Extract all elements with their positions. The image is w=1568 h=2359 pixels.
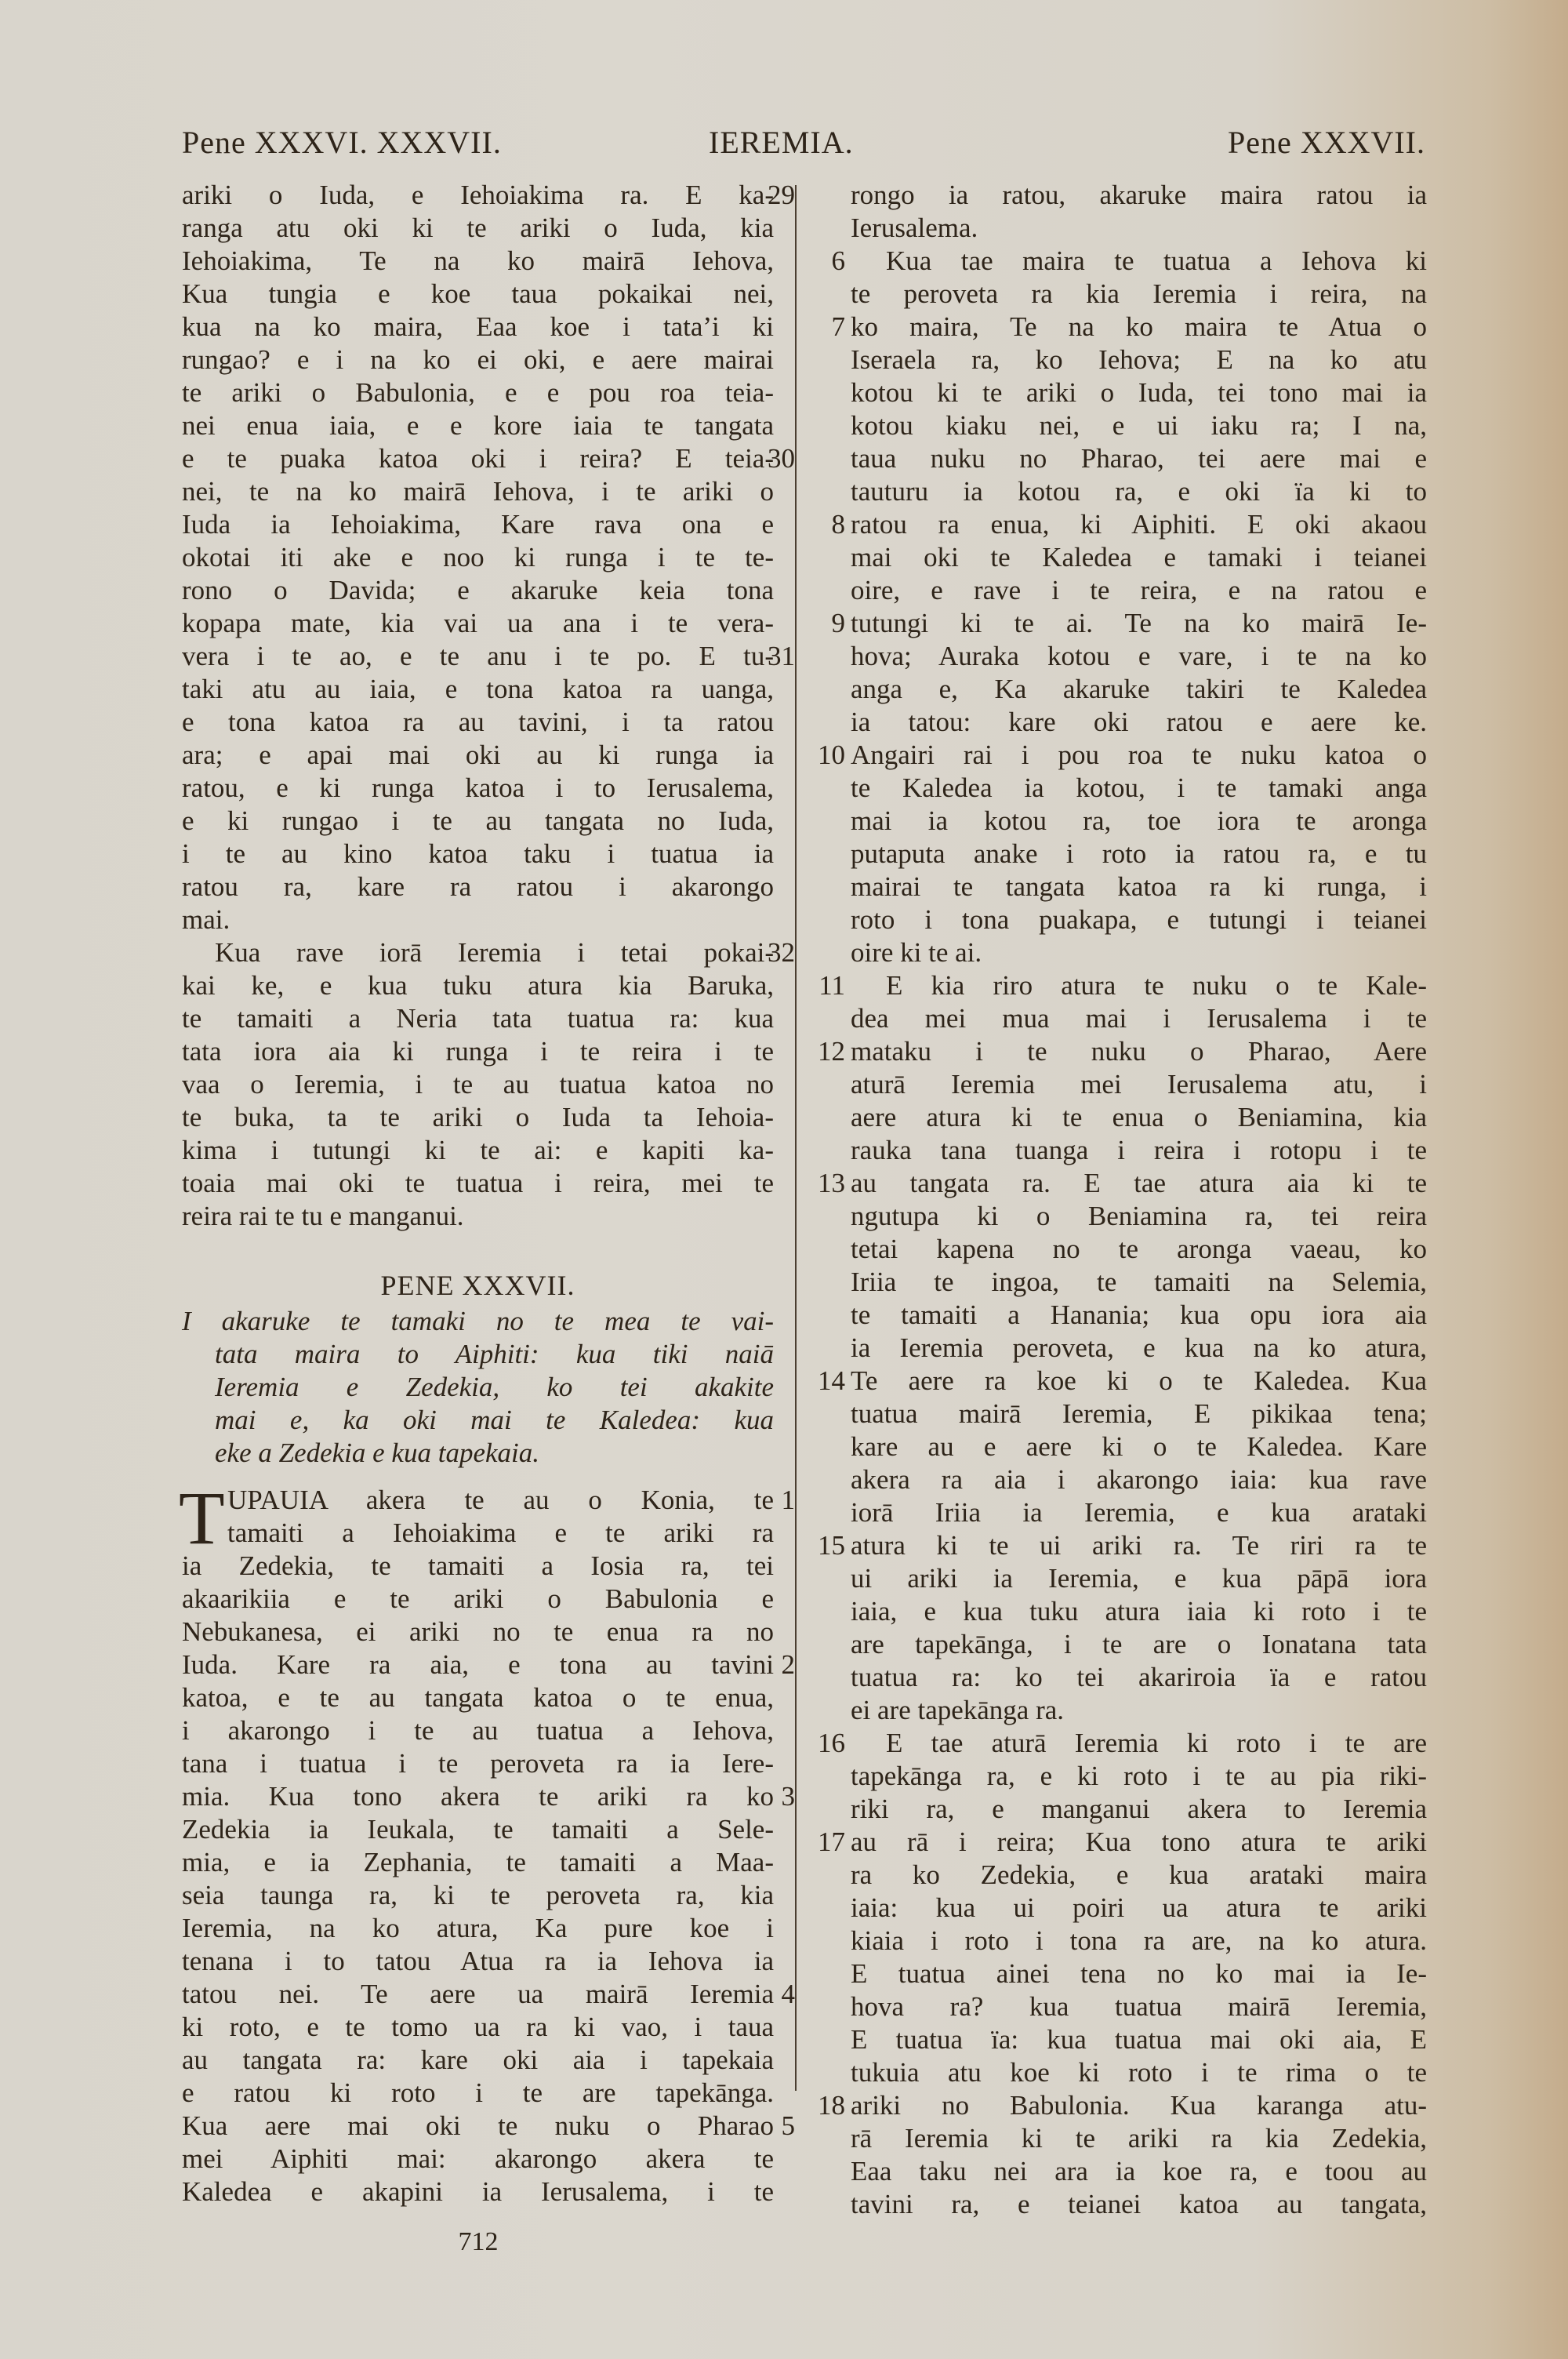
line-text: Eaa taku nei ara ia koe ra, e toou au [851,2155,1427,2188]
text-line: Kaledea e akapini ia Ierusalema, i te [182,2175,774,2208]
text-line: tata iora aia ki runga i te reira i te [182,1035,774,1068]
line-text: dea mei mua mai i Ierusalema i te [851,1002,1427,1035]
column-divider [795,185,797,2091]
line-text: ia Ieremia peroveta, e kua na ko atura, [851,1332,1427,1365]
text-line: kiaia i roto i tona ra are, na ko atura. [808,1925,1427,1957]
line-text: tuatua mairā Ieremia, E pikikaa tena; [851,1398,1427,1430]
left-column: ariki o Iuda, e Iehoiakima ra. E ka-29ra… [182,179,774,2208]
line-text: kotou ki te ariki o Iuda, tei tono mai i… [851,376,1427,409]
line-text: Iehoiakima, Te na ko mairā Iehova, [182,245,774,278]
line-text: kua na ko maira, Eaa koe i tata’i ki [182,311,774,343]
text-line: iorā Iriia ia Ieremia, e kua arataki [808,1496,1427,1529]
line-text: seia taunga ra, ki te peroveta ra, kia [182,1879,774,1912]
line-text: Kua rave iorā Ieremia i tetai pokai- [182,936,774,969]
text-line: oire, e rave i te reira, e na ratou e [808,574,1427,607]
book-title: IEREMIA. [709,124,854,161]
verse-number: 13 [808,1167,845,1200]
line-text: vaa o Ieremia, i te au tuatua katoa no [182,1068,774,1101]
line-text: Te aere ra koe ki o te Kaledea. Kua [851,1365,1427,1398]
line-text: rauka tana tuanga i reira i rotopu i te [851,1134,1427,1167]
summary-line: Ieremia e Zedekia, ko tei akakite [182,1371,774,1404]
summary-text: mai e, ka oki mai te Kaledea: kua [182,1404,774,1437]
running-head-right: Pene XXXVII. [1228,124,1425,161]
text-line: ki roto, e te tomo ua ra ki vao, i taua [182,2011,774,2044]
pene-label: Pene [1228,125,1292,160]
line-text: rungao? e i na ko ei oki, e aere mairai [182,343,774,376]
line-text: Zedekia ia Ieukala, te tamaiti a Sele- [182,1813,774,1846]
line-text: ariki o Iuda, e Iehoiakima ra. E ka- [182,179,774,212]
text-line: kopapa mate, kia vai ua ana i te vera- [182,607,774,640]
line-text: au tangata ra: kare oki aia i tapekaia [182,2044,774,2077]
text-line: Iuda. Kare ra aia, e tona au tavini2 [182,1648,774,1681]
summary-line: eke a Zedekia e kua tapekaia. [182,1437,774,1470]
line-text: ko maira, Te na ko maira te Atua o [851,311,1427,343]
text-line: i akarongo i te au tuatua a Iehova, [182,1714,774,1747]
line-text: tukuia atu koe ki roto i te rima o te [851,2056,1427,2089]
line-text: mai oki te Kaledea e tamaki i teianei [851,541,1427,574]
line-text: E kia riro atura te nuku o te Kale- [886,969,1427,1002]
line-text: tana i tuatua i te peroveta ra ia Iere- [182,1747,774,1780]
line-text: taua nuku no Pharao, tei aere mai e [851,442,1427,475]
text-line: are tapekānga, i te are o Ionatana tata [808,1628,1427,1661]
line-text: ara; e apai mai oki au ki runga ia [182,739,774,772]
text-line: E tuatua ïa: kua tuatua mai oki aia, E [808,2023,1427,2056]
line-text: nei enua iaia, e e kore iaia te tangata [182,409,774,442]
text-line: Iseraela ra, ko Iehova; E na ko atu [808,343,1427,376]
line-text: ratou, e ki runga katoa i to Ierusalema, [182,772,774,805]
right-column-text: rongo ia ratou, akaruke maira ratou iaIe… [808,179,1427,2221]
line-text: riki ra, e manganui akera to Ieremia [851,1793,1427,1826]
verse-number: 17 [808,1826,845,1859]
line-text: katoa, e te au tangata katoa o te enua, [182,1681,774,1714]
text-line: nei, te na ko mairā Iehova, i te ariki o [182,475,774,508]
line-text: oire, e rave i te reira, e na ratou e [851,574,1427,607]
summary-text: Ieremia e Zedekia, ko tei akakite [182,1371,774,1404]
line-text: roto i tona puakapa, e tutungi i teianei [851,903,1427,936]
chapter-number: XXXVII. [1301,125,1425,160]
verse-number: 14 [808,1365,845,1398]
summary-text: eke a Zedekia e kua tapekaia. [182,1437,774,1470]
line-text: mataku i te nuku o Pharao, Aere [851,1035,1427,1068]
text-line: tana i tuatua i te peroveta ra ia Iere- [182,1747,774,1780]
text-line: ngutupa ki o Beniamina ra, tei reira [808,1200,1427,1233]
summary-line: tata maira to Aiphiti: kua tiki naiā [182,1338,774,1371]
text-line: nei enua iaia, e e kore iaia te tangata [182,409,774,442]
text-line: hova ra? kua tuatua mairā Ieremia, [808,1990,1427,2023]
verse-number: 2 [748,1648,795,1681]
line-text: reira rai te tu e manganui. [182,1200,774,1233]
text-line: taki atu au iaia, e tona katoa ra uanga, [182,673,774,706]
line-text: E tuatua ïa: kua tuatua mai oki aia, E [851,2023,1427,2056]
text-line: 14Te aere ra koe ki o te Kaledea. Kua [808,1365,1427,1398]
text-line: 8ratou ra enua, ki Aiphiti. E oki akaou [808,508,1427,541]
verse-number: 29 [748,179,795,212]
line-text: te tamaiti a Hanania; kua opu iora aia [851,1299,1427,1332]
text-line: ei are tapekānga ra. [808,1694,1427,1727]
text-line: te buka, ta te ariki o Iuda ta Iehoia- [182,1101,774,1134]
text-line: kotou kiaku nei, e ui iaku ra; I na, [808,409,1427,442]
line-text: ia Zedekia, te tamaiti a Iosia ra, tei [182,1550,774,1583]
line-text: aturā Ieremia mei Ierusalema atu, i [851,1068,1427,1101]
line-text: ratou ra enua, ki Aiphiti. E oki akaou [851,508,1427,541]
line-text: mei Aiphiti mai: akarongo akera te [182,2143,774,2175]
text-line: Kua aere mai oki te nuku o Pharao5 [182,2110,774,2143]
text-line: UPAUIA akera te au o Konia, te1 [182,1484,774,1517]
line-text: tauturu ia kotou ra, e oki ïa ki to [851,475,1427,508]
verse-number: 6 [808,245,845,278]
line-text: kopapa mate, kia vai ua ana i te vera- [182,607,774,640]
text-line: te peroveta ra kia Ieremia i reira, na [808,278,1427,311]
line-text: Iseraela ra, ko Iehova; E na ko atu [851,343,1427,376]
line-text: mia. Kua tono akera te ariki ra ko [182,1780,774,1813]
line-text: tavini ra, e teianei katoa au tangata, [851,2188,1427,2221]
text-line: iaia: kua ui poiri ua atura te ariki [808,1892,1427,1925]
verse-number: 32 [748,936,795,969]
line-text: e tona katoa ra au tavini, i ta ratou [182,706,774,739]
text-line: mia. Kua tono akera te ariki ra ko3 [182,1780,774,1813]
line-text: akaarikiia e te ariki o Babulonia e [182,1583,774,1616]
line-text: ngutupa ki o Beniamina ra, tei reira [851,1200,1427,1233]
text-line: Nebukanesa, ei ariki no te enua ra no [182,1616,774,1648]
running-head-left: Pene XXXVI. XXXVII. [182,124,502,161]
line-text: te tamaiti a Neria tata tuatua ra: kua [182,1002,774,1035]
text-line: mai. [182,903,774,936]
text-line: tapekānga ra, e ki roto i te au pia riki… [808,1760,1427,1793]
text-line: Iehoiakima, Te na ko mairā Iehova, [182,245,774,278]
line-text: i te au kino katoa taku i tuatua ia [182,838,774,871]
line-text: ranga atu oki ki te ariki o Iuda, kia [182,212,774,245]
line-text: iaia: kua ui poiri ua atura te ariki [851,1892,1427,1925]
text-line: te Kaledea ia kotou, i te tamaki anga [808,772,1427,805]
text-line: tauturu ia kotou ra, e oki ïa ki to [808,475,1427,508]
line-text: anga e, Ka akaruke takiri te Kaledea [851,673,1427,706]
line-text: Angairi rai i pou roa te nuku katoa o [851,739,1427,772]
text-line: iaia, e kua tuku atura iaia ki roto i te [808,1595,1427,1628]
line-text: taki atu au iaia, e tona katoa ra uanga, [182,673,774,706]
text-line: ara; e apai mai oki au ki runga ia [182,739,774,772]
text-line: vaa o Ieremia, i te au tuatua katoa no [182,1068,774,1101]
line-text: Kua tae maira te tuatua a Iehova ki [886,245,1427,278]
line-text: tetai kapena no te aronga vaeau, ko [851,1233,1427,1266]
line-text: te ariki o Babulonia, e e pou roa teia- [182,376,774,409]
verse-number: 18 [808,2089,845,2122]
text-line: ranga atu oki ki te ariki o Iuda, kia [182,212,774,245]
chapter-opening: T UPAUIA akera te au o Konia, te1tamaiti… [182,1484,774,2208]
chapter-heading: PENE XXXVII. [182,1250,774,1305]
text-line: riki ra, e manganui akera to Ieremia [808,1793,1427,1826]
line-text: iaia, e kua tuku atura iaia ki roto i te [851,1595,1427,1628]
text-line: 16E tae aturā Ieremia ki roto i te are [808,1727,1427,1760]
line-text: Iriia te ingoa, te tamaiti na Selemia, [851,1266,1427,1299]
text-line: ia tatou: kare oki ratou e aere ke. [808,706,1427,739]
text-line: 15atura ki te ui ariki ra. Te riri ra te [808,1529,1427,1562]
text-line: 12mataku i te nuku o Pharao, Aere [808,1035,1427,1068]
verse-number: 16 [808,1727,845,1760]
text-line: rungao? e i na ko ei oki, e aere mairai [182,343,774,376]
text-line: kima i tutungi ki te ai: e kapiti ka- [182,1134,774,1167]
line-text: E tuatua ainei tena no ko mai ia Ie- [851,1957,1427,1990]
text-line: mei Aiphiti mai: akarongo akera te [182,2143,774,2175]
line-text: are tapekānga, i te are o Ionatana tata [851,1628,1427,1661]
line-text: rā Ieremia ki te ariki ra kia Zedekia, [851,2122,1427,2155]
text-line: tuatua ra: ko tei akariroia ïa e ratou [808,1661,1427,1694]
line-text: Kua tungia e koe taua pokaikai nei, [182,278,774,311]
text-line: ui ariki ia Ieremia, e kua pāpā iora [808,1562,1427,1595]
verse-number: 1 [748,1484,795,1517]
pene-label: Pene [182,125,246,160]
line-text: Nebukanesa, ei ariki no te enua ra no [182,1616,774,1648]
line-text: te peroveta ra kia Ieremia i reira, na [851,278,1427,311]
line-text: tenana i to tatou Atua ra ia Iehova ia [182,1945,774,1978]
text-line: tenana i to tatou Atua ra ia Iehova ia [182,1945,774,1978]
text-line: rongo ia ratou, akaruke maira ratou ia [808,179,1427,212]
right-column: rongo ia ratou, akaruke maira ratou iaIe… [808,179,1427,2221]
line-text: kotou kiaku nei, e ui iaku ra; I na, [851,409,1427,442]
line-text: ratou ra, kare ra ratou i akarongo [182,871,774,903]
text-line: ratou, e ki runga katoa i to Ierusalema, [182,772,774,805]
line-text: putaputa anake i roto ia ratou ra, e tu [851,838,1427,871]
text-line: mairai te tangata katoa ra ki runga, i [808,871,1427,903]
line-text: nei, te na ko mairā Iehova, i te ariki o [182,475,774,508]
line-text: i akarongo i te au tuatua a Iehova, [182,1714,774,1747]
verse-number: 15 [808,1529,845,1562]
text-line: Ieremia, na ko atura, Ka pure koe i [182,1912,774,1945]
verse-number: 30 [748,442,795,475]
line-text: hova ra? kua tuatua mairā Ieremia, [851,1990,1427,2023]
line-text: e ratou ki roto i te are tapekānga. [182,2077,774,2110]
chapter-text: UPAUIA akera te au o Konia, te1tamaiti a… [182,1484,774,2208]
text-line: ariki o Iuda, e Iehoiakima ra. E ka-29 [182,179,774,212]
text-line: tetai kapena no te aronga vaeau, ko [808,1233,1427,1266]
text-line: e ratou ki roto i te are tapekānga. [182,2077,774,2110]
line-text: Kaledea e akapini ia Ierusalema, i te [182,2175,774,2208]
text-line: 7ko maira, Te na ko maira te Atua o [808,311,1427,343]
chapter-range: XXXVI. XXXVII. [255,125,502,160]
text-line: 6Kua tae maira te tuatua a Iehova ki [808,245,1427,278]
line-text: Iuda ia Iehoiakima, Kare rava ona e [182,508,774,541]
text-line: katoa, e te au tangata katoa o te enua, [182,1681,774,1714]
text-line: rauka tana tuanga i reira i rotopu i te [808,1134,1427,1167]
chapter-summary: I akaruke te tamaki no te mea te vai-tat… [182,1305,774,1470]
running-head: Pene XXXVI. XXXVII. IEREMIA. Pene XXXVII… [182,124,1425,171]
text-line: te ariki o Babulonia, e e pou roa teia- [182,376,774,409]
text-line: vera i te ao, e te anu i te po. E tu-31 [182,640,774,673]
text-line: reira rai te tu e manganui. [182,1200,774,1233]
text-line: toaia mai oki te tuatua i reira, mei te [182,1167,774,1200]
text-line: okotai iti ake e noo ki runga i te te- [182,541,774,574]
text-line: tavini ra, e teianei katoa au tangata, [808,2188,1427,2221]
line-text: okotai iti ake e noo ki runga i te te- [182,541,774,574]
verse-number: 12 [808,1035,845,1068]
text-line: mai oki te Kaledea e tamaki i teianei [808,541,1427,574]
line-text: mai. [182,903,774,936]
text-line: au tangata ra: kare oki aia i tapekaia [182,2044,774,2077]
text-line: Kua tungia e koe taua pokaikai nei, [182,278,774,311]
line-text: hova; Auraka kotou e vare, i te na ko [851,640,1427,673]
text-line: 17au rā i reira; Kua tono atura te ariki [808,1826,1427,1859]
text-line: 9tutungi ki te ai. Te na ko mairā Ie- [808,607,1427,640]
text-line: Kua rave iorā Ieremia i tetai pokai-32 [182,936,774,969]
text-line: tamaiti a Iehoiakima e te ariki ra [182,1517,774,1550]
line-text: vera i te ao, e te anu i te po. E tu- [182,640,774,673]
summary-text: tata maira to Aiphiti: kua tiki naiā [182,1338,774,1371]
text-line: Iriia te ingoa, te tamaiti na Selemia, [808,1266,1427,1299]
line-text: kare au e aere ki o te Kaledea. Kare [851,1430,1427,1463]
line-text: tata iora aia ki runga i te reira i te [182,1035,774,1068]
line-text: au rā i reira; Kua tono atura te ariki [851,1826,1427,1859]
summary-text: I akaruke te tamaki no te mea te vai- [182,1305,774,1338]
line-text: rongo ia ratou, akaruke maira ratou ia [851,179,1427,212]
text-line: 18ariki no Babulonia. Kua karanga atu- [808,2089,1427,2122]
text-line: e tona katoa ra au tavini, i ta ratou [182,706,774,739]
text-line: dea mei mua mai i Ierusalema i te [808,1002,1427,1035]
line-text: mai ia kotou ra, toe iora te aronga [851,805,1427,838]
text-line: rono o Davida; e akaruke keia tona [182,574,774,607]
text-line: aere atura ki te enua o Beniamina, kia [808,1101,1427,1134]
line-text: ei are tapekānga ra. [851,1694,1427,1727]
text-line: putaputa anake i roto ia ratou ra, e tu [808,838,1427,871]
text-line: te tamaiti a Neria tata tuatua ra: kua [182,1002,774,1035]
line-text: atura ki te ui ariki ra. Te riri ra te [851,1529,1427,1562]
line-text: te buka, ta te ariki o Iuda ta Iehoia- [182,1101,774,1134]
line-text: au tangata ra. E tae atura aia ki te [851,1167,1427,1200]
text-line: 13au tangata ra. E tae atura aia ki te [808,1167,1427,1200]
page-number: 712 [439,2227,517,2257]
line-text: aere atura ki te enua o Beniamina, kia [851,1101,1427,1134]
text-line: rā Ieremia ki te ariki ra kia Zedekia, [808,2122,1427,2155]
line-text: kai ke, e kua tuku atura kia Baruka, [182,969,774,1002]
line-text: kima i tutungi ki te ai: e kapiti ka- [182,1134,774,1167]
verse-number: 4 [748,1978,795,2011]
text-line: ratou ra, kare ra ratou i akarongo [182,871,774,903]
text-line: hova; Auraka kotou e vare, i te na ko [808,640,1427,673]
text-line: anga e, Ka akaruke takiri te Kaledea [808,673,1427,706]
summary-line: mai e, ka oki mai te Kaledea: kua [182,1404,774,1437]
text-line: akera ra aia i akarongo iaia: kua rave [808,1463,1427,1496]
text-line: Iuda ia Iehoiakima, Kare rava ona e [182,508,774,541]
line-text: mairai te tangata katoa ra ki runga, i [851,871,1427,903]
line-text: Ieremia, na ko atura, Ka pure koe i [182,1912,774,1945]
line-text: mia, e ia Zephania, te tamaiti a Maa- [182,1846,774,1879]
line-text: ki roto, e te tomo ua ra ki vao, i taua [182,2011,774,2044]
text-line: kua na ko maira, Eaa koe i tata’i ki [182,311,774,343]
text-line: Eaa taku nei ara ia koe ra, e toou au [808,2155,1427,2188]
text-line: te tamaiti a Hanania; kua opu iora aia [808,1299,1427,1332]
line-text: oire ki te ai. [851,936,1427,969]
text-line: E tuatua ainei tena no ko mai ia Ie- [808,1957,1427,1990]
verse-number: 7 [808,311,845,343]
text-line: tatou nei. Te aere ua mairā Ieremia4 [182,1978,774,2011]
text-line: ia Zedekia, te tamaiti a Iosia ra, tei [182,1550,774,1583]
line-text: UPAUIA akera te au o Konia, te [182,1484,774,1517]
line-text: E tae aturā Ieremia ki roto i te are [886,1727,1427,1760]
text-line: 10Angairi rai i pou roa te nuku katoa o [808,739,1427,772]
line-text: Kua aere mai oki te nuku o Pharao [182,2110,774,2143]
line-text: e ki rungao i te au tangata no Iuda, [182,805,774,838]
line-text: akera ra aia i akarongo iaia: kua rave [851,1463,1427,1496]
line-text: iorā Iriia ia Ieremia, e kua arataki [851,1496,1427,1529]
text-line: akaarikiia e te ariki o Babulonia e [182,1583,774,1616]
text-line: mia, e ia Zephania, te tamaiti a Maa- [182,1846,774,1879]
line-text: Iuda. Kare ra aia, e tona au tavini [182,1648,774,1681]
text-line: Ierusalema. [808,212,1427,245]
verse-number: 5 [748,2110,795,2143]
line-text: ariki no Babulonia. Kua karanga atu- [851,2089,1427,2122]
text-line: mai ia kotou ra, toe iora te aronga [808,805,1427,838]
line-text: Ierusalema. [851,212,1427,245]
line-text: ra ko Zedekia, e kua arataki maira [851,1859,1427,1892]
line-text: tuatua ra: ko tei akariroia ïa e ratou [851,1661,1427,1694]
line-text: ui ariki ia Ieremia, e kua pāpā iora [851,1562,1427,1595]
text-line: ia Ieremia peroveta, e kua na ko atura, [808,1332,1427,1365]
text-line: tukuia atu koe ki roto i te rima o te [808,2056,1427,2089]
line-text: tutungi ki te ai. Te na ko mairā Ie- [851,607,1427,640]
verse-number: 9 [808,607,845,640]
text-line: kare au e aere ki o te Kaledea. Kare [808,1430,1427,1463]
line-text: toaia mai oki te tuatua i reira, mei te [182,1167,774,1200]
left-column-text: ariki o Iuda, e Iehoiakima ra. E ka-29ra… [182,179,774,1233]
line-text: kiaia i roto i tona ra are, na ko atura. [851,1925,1427,1957]
text-line: tuatua mairā Ieremia, E pikikaa tena; [808,1398,1427,1430]
text-line: kotou ki te ariki o Iuda, tei tono mai i… [808,376,1427,409]
verse-number: 11 [808,969,845,1002]
text-line: Zedekia ia Ieukala, te tamaiti a Sele- [182,1813,774,1846]
text-line: 11E kia riro atura te nuku o te Kale- [808,969,1427,1002]
summary-line: I akaruke te tamaki no te mea te vai- [182,1305,774,1338]
line-text: tatou nei. Te aere ua mairā Ieremia [182,1978,774,2011]
line-text: te Kaledea ia kotou, i te tamaki anga [851,772,1427,805]
text-line: ra ko Zedekia, e kua arataki maira [808,1859,1427,1892]
line-text: rono o Davida; e akaruke keia tona [182,574,774,607]
text-line: oire ki te ai. [808,936,1427,969]
text-line: seia taunga ra, ki te peroveta ra, kia [182,1879,774,1912]
verse-number: 8 [808,508,845,541]
text-line: roto i tona puakapa, e tutungi i teianei [808,903,1427,936]
line-text: tapekānga ra, e ki roto i te au pia riki… [851,1760,1427,1793]
text-line: e ki rungao i te au tangata no Iuda, [182,805,774,838]
text-line: taua nuku no Pharao, tei aere mai e [808,442,1427,475]
line-text: e te puaka katoa oki i reira? E teia- [182,442,774,475]
verse-number: 31 [748,640,795,673]
text-line: aturā Ieremia mei Ierusalema atu, i [808,1068,1427,1101]
line-text: ia tatou: kare oki ratou e aere ke. [851,706,1427,739]
line-text: tamaiti a Iehoiakima e te ariki ra [182,1517,774,1550]
text-line: kai ke, e kua tuku atura kia Baruka, [182,969,774,1002]
verse-number: 3 [748,1780,795,1813]
verse-number: 10 [808,739,845,772]
text-line: i te au kino katoa taku i tuatua ia [182,838,774,871]
text-line: e te puaka katoa oki i reira? E teia-30 [182,442,774,475]
